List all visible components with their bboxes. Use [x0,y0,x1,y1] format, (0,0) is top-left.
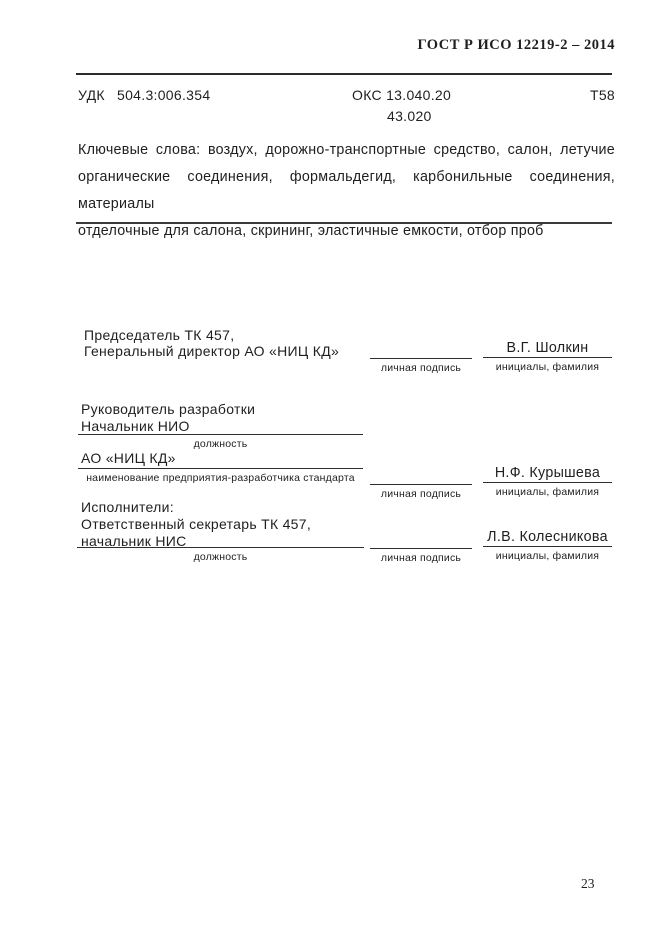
signature-caption: личная подпись [370,549,472,564]
document-title: ГОСТ Р ИСО 12219-2 – 2014 [417,37,615,54]
developer-position-line2: Начальник НИО [81,419,190,434]
developer-organization-field: наименование предприятия-разработчика ст… [78,468,363,484]
udk-value: 504.3:006.354 [117,88,210,103]
executors-heading: Исполнители: [81,500,174,515]
section-rule [76,222,612,224]
executors-name-field: Л.В. Колесникова инициалы, фамилия [483,528,612,562]
executors-name: Л.В. Колесникова [483,528,612,547]
t-code: Т58 [590,88,615,103]
chairman-position-line2: Генеральный директор АО «НИЦ КД» [84,344,339,359]
name-caption: инициалы, фамилия [483,358,612,373]
keywords-line-2: органические соединения, формальдегид, к… [78,164,615,218]
organization-caption: наименование предприятия-разработчика ст… [78,469,363,484]
signature-line [370,530,472,549]
oks-code-secondary: 43.020 [387,109,432,124]
position-caption: должность [77,548,364,563]
developer-name: Н.Ф. Курышева [483,464,612,483]
position-caption: должность [78,435,363,450]
chairman-name: В.Г. Шолкин [483,339,612,358]
chairman-name-field: В.Г. Шолкин инициалы, фамилия [483,339,612,373]
document-page: ГОСТ Р ИСО 12219-2 – 2014 УДК 504.3:006.… [0,0,661,935]
executors-position-line1: Ответственный секретарь ТК 457, [81,517,311,532]
signature-caption: личная подпись [370,359,472,374]
executors-position-field: должность [77,547,364,563]
signature-line [370,466,472,485]
keywords-line-1: Ключевые слова: воздух, дорожно-транспор… [78,137,615,164]
header-rule [76,73,612,75]
name-caption: инициалы, фамилия [483,483,612,498]
signature-line [370,340,472,359]
developer-name-field: Н.Ф. Курышева инициалы, фамилия [483,464,612,498]
name-caption: инициалы, фамилия [483,547,612,562]
chairman-signature-field: личная подпись [370,340,472,374]
chairman-position-line1: Председатель ТК 457, [84,328,234,343]
udk-label: УДК [78,88,105,103]
page-number: 23 [581,876,595,892]
executors-signature-field: личная подпись [370,530,472,564]
developer-position-line1: Руководитель разработки [81,402,255,417]
developer-position-field: должность [78,434,363,450]
developer-organization: АО «НИЦ КД» [81,451,176,466]
keywords-paragraph: Ключевые слова: воздух, дорожно-транспор… [78,137,615,245]
developer-signature-field: личная подпись [370,466,472,500]
oks-code: ОКС 13.040.20 [352,88,451,103]
signature-caption: личная подпись [370,485,472,500]
